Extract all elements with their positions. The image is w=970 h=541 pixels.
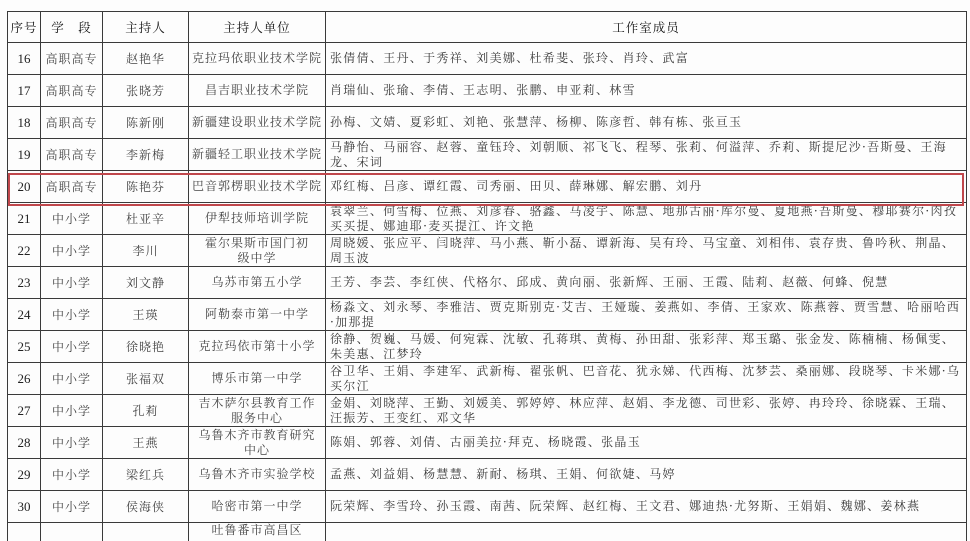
row-host: 王瑛 (103, 299, 189, 331)
header-host: 主持人 (103, 12, 189, 43)
row-members: 马静怡、马丽容、赵蓉、童钰玲、刘朝顺、祁飞飞、程琴、张莉、何溢萍、乔莉、斯提尼沙… (326, 139, 967, 171)
row-stage: 中小学 (41, 491, 103, 523)
row-number: 26 (8, 363, 41, 395)
row-members: 肖瑞仙、张瑜、李倩、王志明、张鹏、申亚莉、林雪 (326, 75, 967, 107)
table-row: 25中小学徐晓艳克拉玛依市第十小学徐静、贺巍、马媛、何宛霖、沈敏、孔蒋琪、黄梅、… (8, 331, 967, 363)
row-unit: 乌鲁木齐市实验学校 (189, 459, 326, 491)
row-unit: 克拉玛依职业技术学院 (189, 43, 326, 75)
row-members: 周晓媛、张应平、闫晓萍、马小燕、靳小磊、谭新海、吴有玲、马宝童、刘相伟、袁存贵、… (326, 235, 967, 267)
row-stage: 高职高专 (41, 75, 103, 107)
row-host: 梁红兵 (103, 459, 189, 491)
row-unit: 克拉玛依市第十小学 (189, 331, 326, 363)
table-row: 27中小学孔莉吉木萨尔县教育工作服务中心金娟、刘晓萍、王勤、刘媛美、郭婷婷、林应… (8, 395, 967, 427)
row-number: 19 (8, 139, 41, 171)
row-host: 李新梅 (103, 139, 189, 171)
row-members: 金娟、刘晓萍、王勤、刘媛美、郭婷婷、林应萍、赵娟、李龙德、司世彩、张婷、冉玲玲、… (326, 395, 967, 427)
row-stage: 中小学 (41, 299, 103, 331)
row-host: 杜亚辛 (103, 203, 189, 235)
table-row-partial: 吐鲁番市高昌区 (8, 523, 967, 541)
row-members: 王芳、李芸、李红侠、代格尔、邱成、黄向丽、张新辉、王丽、王霞、陆莉、赵薇、何蜂、… (326, 267, 967, 299)
table-row: 23中小学刘文静乌苏市第五小学王芳、李芸、李红侠、代格尔、邱成、黄向丽、张新辉、… (8, 267, 967, 299)
row-unit: 乌鲁木齐市教育研究中心 (189, 427, 326, 459)
row-stage: 高职高专 (41, 107, 103, 139)
table-row: 19高职高专李新梅新疆轻工职业技术学院马静怡、马丽容、赵蓉、童钰玲、刘朝顺、祁飞… (8, 139, 967, 171)
row-unit: 哈密市第一中学 (189, 491, 326, 523)
row-unit: 霍尔果斯市国门初级中学 (189, 235, 326, 267)
row-stage (41, 523, 103, 541)
row-number: 17 (8, 75, 41, 107)
row-stage: 中小学 (41, 363, 103, 395)
header-stage: 学 段 (41, 12, 103, 43)
row-members: 袁翠兰、何雪梅、位燕、刘彦春、骆鑫、马凌宇、陈慧、地那古丽·库尔曼、夏地燕·吾斯… (326, 203, 967, 235)
row-number: 25 (8, 331, 41, 363)
row-host: 徐晓艳 (103, 331, 189, 363)
row-unit: 新疆建设职业技术学院 (189, 107, 326, 139)
row-stage: 中小学 (41, 203, 103, 235)
row-host (103, 523, 189, 541)
row-host: 张晓芳 (103, 75, 189, 107)
row-unit: 巴音郭楞职业技术学院 (189, 171, 326, 203)
row-host: 侯海侠 (103, 491, 189, 523)
row-number (8, 523, 41, 541)
row-host: 张福双 (103, 363, 189, 395)
row-stage: 高职高专 (41, 139, 103, 171)
row-host: 孔莉 (103, 395, 189, 427)
row-host: 赵艳华 (103, 43, 189, 75)
row-stage: 中小学 (41, 267, 103, 299)
row-host: 陈艳芬 (103, 171, 189, 203)
row-members: 邓红梅、吕彦、谭红霞、司秀丽、田贝、薛琳娜、解宏鹏、刘丹 (326, 171, 967, 203)
table-row: 18高职高专陈新刚新疆建设职业技术学院孙梅、文婧、夏彩虹、刘艳、张慧萍、杨柳、陈… (8, 107, 967, 139)
row-members: 孙梅、文婧、夏彩虹、刘艳、张慧萍、杨柳、陈彦哲、韩有栋、张亘玉 (326, 107, 967, 139)
table-row: 22中小学李川霍尔果斯市国门初级中学周晓媛、张应平、闫晓萍、马小燕、靳小磊、谭新… (8, 235, 967, 267)
row-unit: 博乐市第一中学 (189, 363, 326, 395)
table-row: 26中小学张福双博乐市第一中学谷卫华、王娟、李建军、武新梅、翟张帆、巴音花、犹永… (8, 363, 967, 395)
row-unit: 吐鲁番市高昌区 (189, 523, 326, 541)
row-number: 16 (8, 43, 41, 75)
row-number: 28 (8, 427, 41, 459)
row-members: 阮荣辉、李雪玲、孙玉霞、南茜、阮荣辉、赵红梅、王文君、娜迪热·尤努斯、王娟娟、魏… (326, 491, 967, 523)
row-members: 张倩倩、王丹、于秀祥、刘美娜、杜希斐、张玲、肖玲、武富 (326, 43, 967, 75)
row-stage: 中小学 (41, 235, 103, 267)
table-row: 24中小学王瑛阿勒泰市第一中学杨淼文、刘永琴、李雅洁、贾克斯别克·艾吉、王娅璇、… (8, 299, 967, 331)
table-header-row: 序号 学 段 主持人 主持人单位 工作室成员 (8, 12, 967, 43)
studio-members-table: 序号 学 段 主持人 主持人单位 工作室成员 16高职高专赵艳华克拉玛依职业技术… (7, 11, 967, 541)
table-row: 21中小学杜亚辛伊犁技师培训学院袁翠兰、何雪梅、位燕、刘彦春、骆鑫、马凌宇、陈慧… (8, 203, 967, 235)
row-number: 23 (8, 267, 41, 299)
table-row: 28中小学王燕乌鲁木齐市教育研究中心陈娟、郭蓉、刘倩、古丽美拉·拜克、杨晓霞、张… (8, 427, 967, 459)
row-number: 21 (8, 203, 41, 235)
row-number: 27 (8, 395, 41, 427)
row-host: 刘文静 (103, 267, 189, 299)
row-number: 20 (8, 171, 41, 203)
row-members: 谷卫华、王娟、李建军、武新梅、翟张帆、巴音花、犹永娣、代西梅、沈梦芸、桑丽娜、段… (326, 363, 967, 395)
row-unit: 吉木萨尔县教育工作服务中心 (189, 395, 326, 427)
row-host: 李川 (103, 235, 189, 267)
table-row-highlighted: 20高职高专陈艳芬巴音郭楞职业技术学院邓红梅、吕彦、谭红霞、司秀丽、田贝、薛琳娜… (8, 171, 967, 203)
header-host-unit: 主持人单位 (189, 12, 326, 43)
header-members: 工作室成员 (326, 12, 967, 43)
row-number: 18 (8, 107, 41, 139)
row-stage: 高职高专 (41, 171, 103, 203)
header-number: 序号 (8, 12, 41, 43)
row-stage: 中小学 (41, 331, 103, 363)
row-stage: 中小学 (41, 459, 103, 491)
row-members: 孟燕、刘益娟、杨慧慧、新耐、杨琪、王娟、何欲婕、马婷 (326, 459, 967, 491)
row-members: 徐静、贺巍、马媛、何宛霖、沈敏、孔蒋琪、黄梅、孙田甜、张彩萍、郑玉璐、张金发、陈… (326, 331, 967, 363)
row-stage: 中小学 (41, 395, 103, 427)
table-row: 29中小学梁红兵乌鲁木齐市实验学校孟燕、刘益娟、杨慧慧、新耐、杨琪、王娟、何欲婕… (8, 459, 967, 491)
row-members (326, 523, 967, 541)
table-row: 16高职高专赵艳华克拉玛依职业技术学院张倩倩、王丹、于秀祥、刘美娜、杜希斐、张玲… (8, 43, 967, 75)
row-host: 陈新刚 (103, 107, 189, 139)
row-number: 22 (8, 235, 41, 267)
row-unit: 伊犁技师培训学院 (189, 203, 326, 235)
row-number: 29 (8, 459, 41, 491)
table-row: 17高职高专张晓芳昌吉职业技术学院肖瑞仙、张瑜、李倩、王志明、张鹏、申亚莉、林雪 (8, 75, 967, 107)
row-number: 30 (8, 491, 41, 523)
row-unit: 新疆轻工职业技术学院 (189, 139, 326, 171)
row-number: 24 (8, 299, 41, 331)
row-unit: 乌苏市第五小学 (189, 267, 326, 299)
row-unit: 昌吉职业技术学院 (189, 75, 326, 107)
row-stage: 中小学 (41, 427, 103, 459)
row-stage: 高职高专 (41, 43, 103, 75)
table-row: 30中小学侯海侠哈密市第一中学阮荣辉、李雪玲、孙玉霞、南茜、阮荣辉、赵红梅、王文… (8, 491, 967, 523)
row-unit: 阿勒泰市第一中学 (189, 299, 326, 331)
row-host: 王燕 (103, 427, 189, 459)
row-members: 杨淼文、刘永琴、李雅洁、贾克斯别克·艾吉、王娅璇、姜燕如、李倩、王家欢、陈燕蓉、… (326, 299, 967, 331)
row-members: 陈娟、郭蓉、刘倩、古丽美拉·拜克、杨晓霞、张晶玉 (326, 427, 967, 459)
